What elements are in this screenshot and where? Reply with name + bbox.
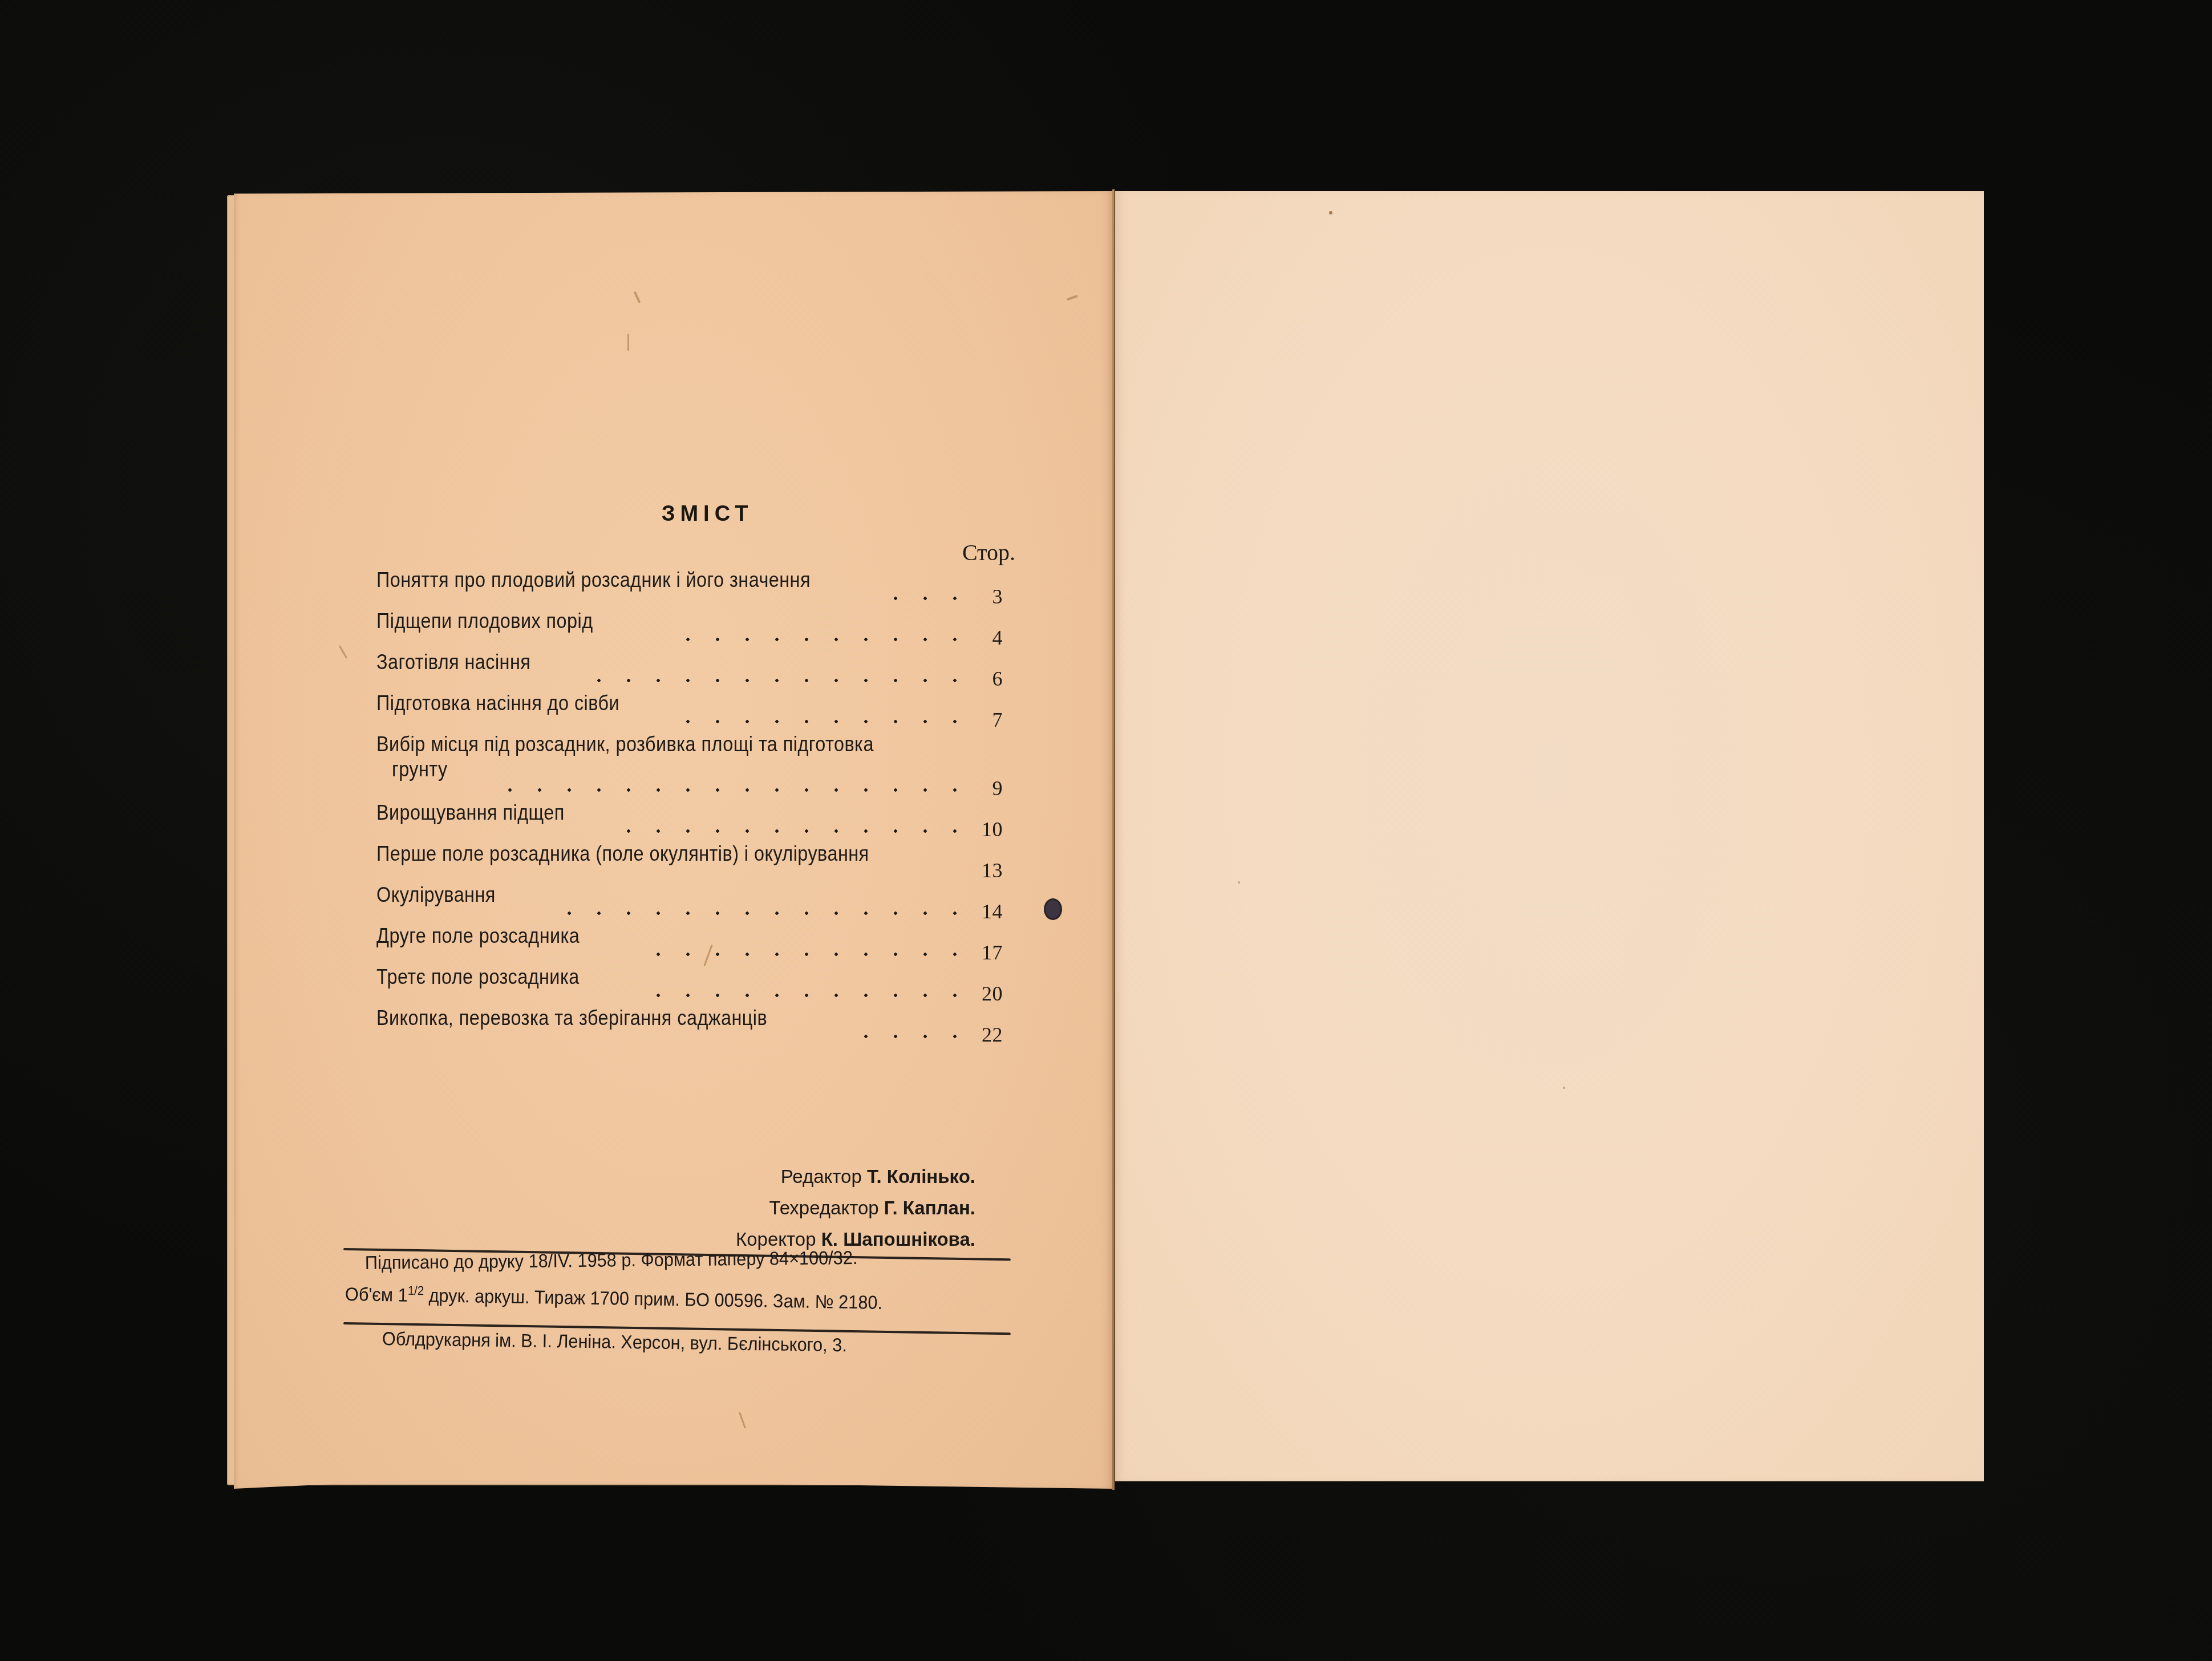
toc-entry: Вирощування підщеп 10 xyxy=(376,800,1010,841)
credit-person: Т. Колінько. xyxy=(867,1166,975,1187)
toc-entry-title: Поняття про плодовий розсадник і його зн… xyxy=(376,568,900,593)
toc-entry-title: Заготівля насіння xyxy=(376,650,900,675)
toc-entry-page: 22 xyxy=(982,1023,1003,1047)
toc-entry-title: Перше поле розсадника (поле окулянтів) і… xyxy=(376,841,900,866)
credit-role: Коректор xyxy=(736,1229,816,1250)
leader-dots xyxy=(684,716,970,727)
credit-editor: Редактор Т. Колінько. xyxy=(627,1161,975,1192)
leader-dots xyxy=(639,990,970,1001)
toc-entry-title: Підщепи плодових порід xyxy=(376,609,900,634)
toc-entry: Вибір місця під розсадник, розбивка площ… xyxy=(376,732,1010,800)
toc-entry: Підщепи плодових порід 4 xyxy=(376,609,1010,650)
toc-entry-page: 13 xyxy=(982,858,1003,882)
imprint-volume: Об'єм 1 xyxy=(345,1283,408,1306)
toc-entry-title-line1: Вибір місця під розсадник, розбивка площ… xyxy=(376,732,874,756)
paper-fleck xyxy=(1238,881,1240,884)
toc-entry: Заготівля насіння 6 xyxy=(376,650,1010,691)
toc-entry-page: 3 xyxy=(992,585,1003,609)
imprint-volume-fraction: 1/2 xyxy=(408,1283,424,1298)
leader-dots xyxy=(639,949,970,960)
toc-entry-title: Окулірування xyxy=(376,882,900,908)
credits: Редактор Т. Колінько. Техредактор Г. Кап… xyxy=(627,1161,975,1255)
toc-entry-page: 7 xyxy=(992,708,1003,732)
toc-entry: Окулірування 14 xyxy=(376,882,1010,923)
toc-entry-title-line2: грунту xyxy=(376,757,448,781)
toc-title: ЗМІСТ xyxy=(656,502,759,526)
leader-dots xyxy=(582,675,970,686)
paper-fleck xyxy=(627,334,629,351)
toc-pages-label: Стор. xyxy=(953,539,1015,566)
toc-entry: Викопка, перевозка та зберігання саджанц… xyxy=(376,1006,1010,1047)
toc-entry-title: Третє поле розсадника xyxy=(376,965,900,990)
paper-fleck xyxy=(1563,1087,1565,1089)
toc-entry-title: Вибір місця під розсадник, розбивка площ… xyxy=(376,732,900,782)
credit-tech-editor: Техредактор Г. Каплан. xyxy=(627,1192,975,1224)
leader-dots xyxy=(673,634,970,645)
toc-entry-page: 4 xyxy=(992,626,1003,650)
toc-entry-page: 9 xyxy=(992,776,1003,800)
toc-entry-page: 6 xyxy=(992,667,1003,691)
toc-entry-page: 10 xyxy=(982,817,1003,841)
leader-dots xyxy=(491,784,970,796)
credit-person: Г. Каплан. xyxy=(884,1197,975,1218)
toc-entry: Поняття про плодовий розсадник і його зн… xyxy=(376,568,1010,609)
toc-entry-title: Викопка, перевозка та зберігання саджанц… xyxy=(376,1006,900,1031)
toc-entry: Друге поле розсадника 17 xyxy=(376,923,1010,965)
toc-entry-page: 20 xyxy=(982,982,1003,1006)
paper-fleck xyxy=(1329,211,1332,214)
table-of-contents: Поняття про плодовий розсадник і його зн… xyxy=(376,568,1010,1047)
right-page xyxy=(1115,191,1984,1481)
toc-entry-title: Вирощування підщеп xyxy=(376,800,900,825)
gutter xyxy=(1112,189,1115,1490)
toc-entry: Третє поле розсадника 20 xyxy=(376,965,1010,1006)
toc-entry-title: Підготовка насіння до сівби xyxy=(376,691,900,716)
credit-role: Техредактор xyxy=(769,1197,878,1218)
toc-entry-page: 17 xyxy=(982,941,1003,965)
credit-role: Редактор xyxy=(781,1166,862,1187)
toc-entry: Перше поле розсадника (поле окулянтів) і… xyxy=(376,841,1010,882)
toc-entry-title: Друге поле розсадника xyxy=(376,923,900,949)
leader-dots xyxy=(605,825,970,837)
toc-entry: Підготовка насіння до сівби 7 xyxy=(376,691,1010,732)
leader-dots xyxy=(878,593,970,604)
leader-dots xyxy=(548,908,970,919)
leader-dots xyxy=(844,1031,970,1042)
toc-entry-page: 14 xyxy=(982,900,1003,923)
staple-hole xyxy=(1044,898,1062,920)
